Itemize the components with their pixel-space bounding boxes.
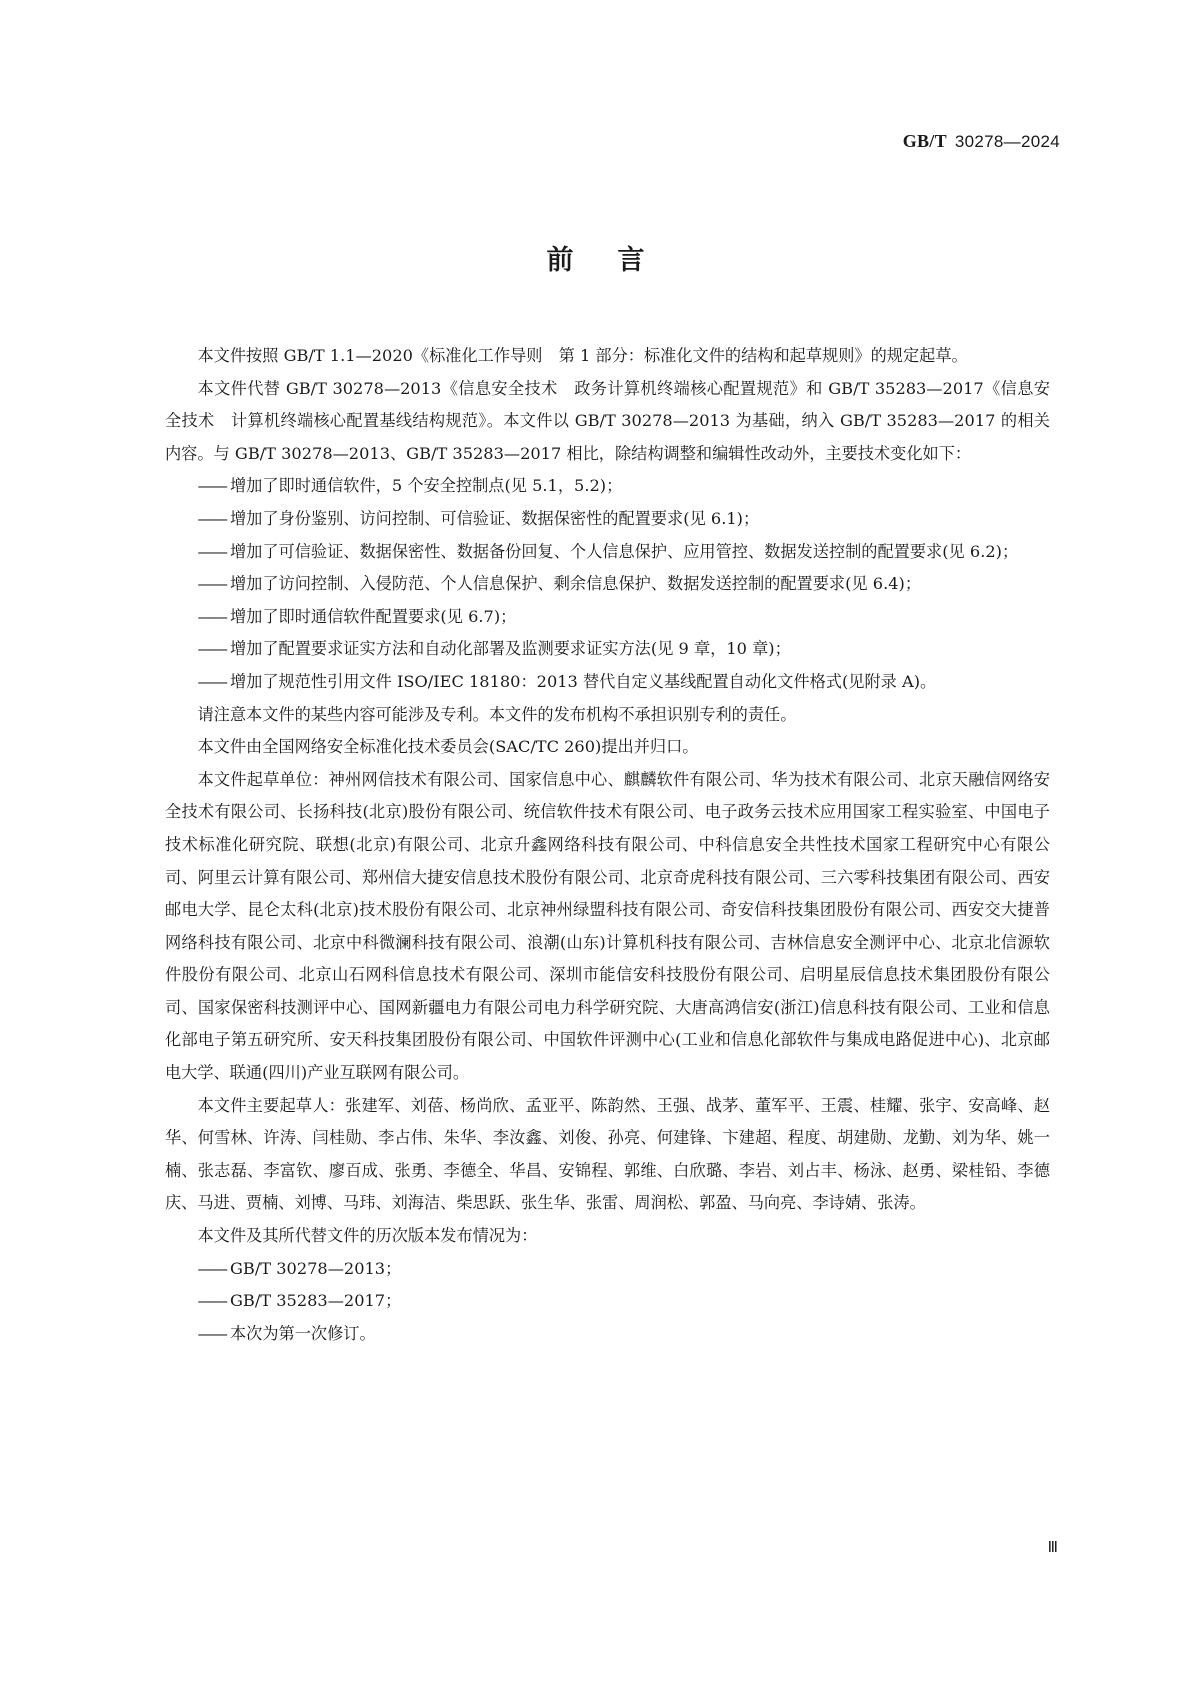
change-item: ——增加了即时通信软件，5 个安全控制点(见 5.1，5.2)； bbox=[165, 470, 1050, 503]
dash-bullet: —— bbox=[198, 1318, 231, 1351]
dash-bullet: —— bbox=[198, 503, 231, 536]
change-item: ——增加了访问控制、入侵防范、个人信息保护、剩余信息保护、数据发送控制的配置要求… bbox=[165, 568, 1050, 601]
dash-bullet: —— bbox=[198, 601, 231, 634]
dash-bullet: —— bbox=[198, 633, 231, 666]
foreword-body: 本文件按照 GB/T 1.1—2020《标准化工作导则 第 1 部分：标准化文件… bbox=[165, 340, 1050, 1350]
dash-bullet: —— bbox=[198, 1253, 231, 1286]
dash-bullet: —— bbox=[198, 536, 231, 569]
change-item: ——增加了规范性引用文件 ISO/IEC 18180：2013 替代自定义基线配… bbox=[165, 666, 1050, 699]
dash-bullet: —— bbox=[198, 470, 231, 503]
change-item: ——增加了身份鉴别、访问控制、可信验证、数据保密性的配置要求(见 6.1)； bbox=[165, 503, 1050, 536]
change-item: ——增加了配置要求证实方法和自动化部署及监测要求证实方法(见 9 章，10 章)… bbox=[165, 633, 1050, 666]
dash-bullet: —— bbox=[198, 666, 231, 699]
page-title: 前言 bbox=[0, 238, 1191, 277]
drafters: 本文件主要起草人：张建军、刘蓓、杨尚欣、孟亚平、陈韵然、王强、战茅、董军平、王震… bbox=[165, 1090, 1050, 1220]
change-item: ——增加了即时通信软件配置要求(见 6.7)； bbox=[165, 601, 1050, 634]
dash-bullet: —— bbox=[198, 1285, 231, 1318]
standard-code: 30278—2024 bbox=[955, 132, 1060, 151]
standard-number: GB/T30278—2024 bbox=[903, 131, 1060, 152]
change-item: ——增加了可信验证、数据保密性、数据备份回复、个人信息保护、应用管控、数据发送控… bbox=[165, 536, 1050, 569]
standard-prefix: GB/T bbox=[903, 131, 947, 151]
history-item: ——GB/T 30278—2013； bbox=[165, 1253, 1050, 1286]
history-item: ——本次为第一次修订。 bbox=[165, 1318, 1050, 1351]
intro-paragraph-1: 本文件按照 GB/T 1.1—2020《标准化工作导则 第 1 部分：标准化文件… bbox=[165, 340, 1050, 373]
proposer-statement: 本文件由全国网络安全标准化技术委员会(SAC/TC 260)提出并归口。 bbox=[165, 731, 1050, 764]
intro-paragraph-2: 本文件代替 GB/T 30278—2013《信息安全技术 政务计算机终端核心配置… bbox=[165, 373, 1050, 471]
page-number: Ⅲ bbox=[1048, 1538, 1058, 1557]
history-item: ——GB/T 35283—2017； bbox=[165, 1285, 1050, 1318]
patent-notice: 请注意本文件的某些内容可能涉及专利。本文件的发布机构不承担识别专利的责任。 bbox=[165, 699, 1050, 732]
history-intro: 本文件及其所代替文件的历次版本发布情况为： bbox=[165, 1220, 1050, 1253]
dash-bullet: —— bbox=[198, 568, 231, 601]
drafting-units: 本文件起草单位：神州网信技术有限公司、国家信息中心、麒麟软件有限公司、华为技术有… bbox=[165, 764, 1050, 1090]
